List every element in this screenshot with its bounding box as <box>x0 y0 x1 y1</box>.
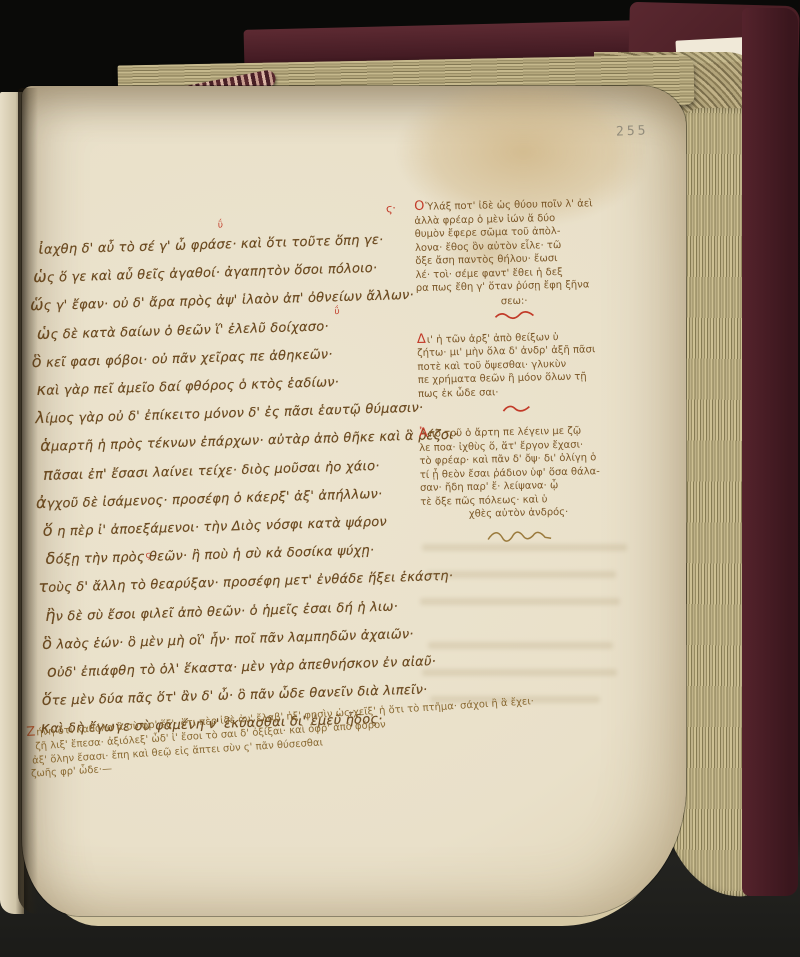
gutter-shadow <box>18 88 38 914</box>
rubric-siglum: ϛ· <box>385 201 397 215</box>
scholia-column: ΟὙλάξ ποτ' ἰδὲ ὡς θύου ποῖν λ' ἀεὶ ἀλλὰ … <box>414 196 617 547</box>
manuscript-photograph: 255 ΰ ΰ ϛ ἰαχθη δ' αὖ τὸ σέ γ' ὦ φράσε· … <box>0 0 800 957</box>
scholium-line: ι' ἡ τῶν ἀρξ' ἀπὸ θείξων ὑ <box>427 332 559 346</box>
rubric-initial: Δ <box>417 331 426 346</box>
showthrough-line <box>422 669 617 676</box>
folio-number: 255 <box>616 123 649 139</box>
scholium-line: πὸ τοῦ ὁ ἄρτη πε λέγειν με ζῷ <box>429 426 582 440</box>
showthrough-line <box>428 642 613 649</box>
scholium-block-2: Δι' ἡ τῶν ἀρξ' ἀπὸ θείξων ὑ ζήτω· μι' μὴ… <box>417 328 615 416</box>
scholium-block-3: Ἀπὸ τοῦ ὁ ἄρτη πε λέγειν με ζῷ λε ποα· ἰ… <box>419 423 617 547</box>
rubric-squiggle <box>499 402 533 415</box>
scholium-tail: σεω:· <box>416 293 612 308</box>
scholium-line: ρα πως ἔθη γ' ὅταν ῥύσῃ ἔφη ξῆνα <box>416 278 612 296</box>
book-cover-right-edge <box>742 8 798 896</box>
showthrough-line <box>426 571 616 578</box>
rubric-initial: Ο <box>414 199 425 214</box>
showthrough-line <box>420 598 620 605</box>
rubric-squiggle <box>493 309 535 320</box>
rubric-mark: ΰ <box>334 307 340 317</box>
main-text-block: ΰ ΰ ϛ ἰαχθη δ' αὖ τὸ σέ γ' ὦ φράσε· καὶ … <box>36 224 451 743</box>
showthrough-line <box>422 544 627 551</box>
rubric-mark: ϛ <box>145 551 151 561</box>
manuscript-page: 255 ΰ ΰ ϛ ἰαχθη δ' αὖ τὸ σέ γ' ὦ φράσε· … <box>22 86 686 916</box>
rubric-initial: Ἀ <box>419 426 428 441</box>
ink-flourish <box>484 528 554 545</box>
rubric-mark: ΰ <box>218 220 224 230</box>
scholium-block-1: ΟὙλάξ ποτ' ἰδὲ ὡς θύου ποῖν λ' ἀεὶ ἀλλὰ … <box>414 196 613 322</box>
scholium-line: Ὑλάξ ποτ' ἰδὲ ὡς θύου ποῖν λ' ἀεὶ <box>425 198 592 212</box>
